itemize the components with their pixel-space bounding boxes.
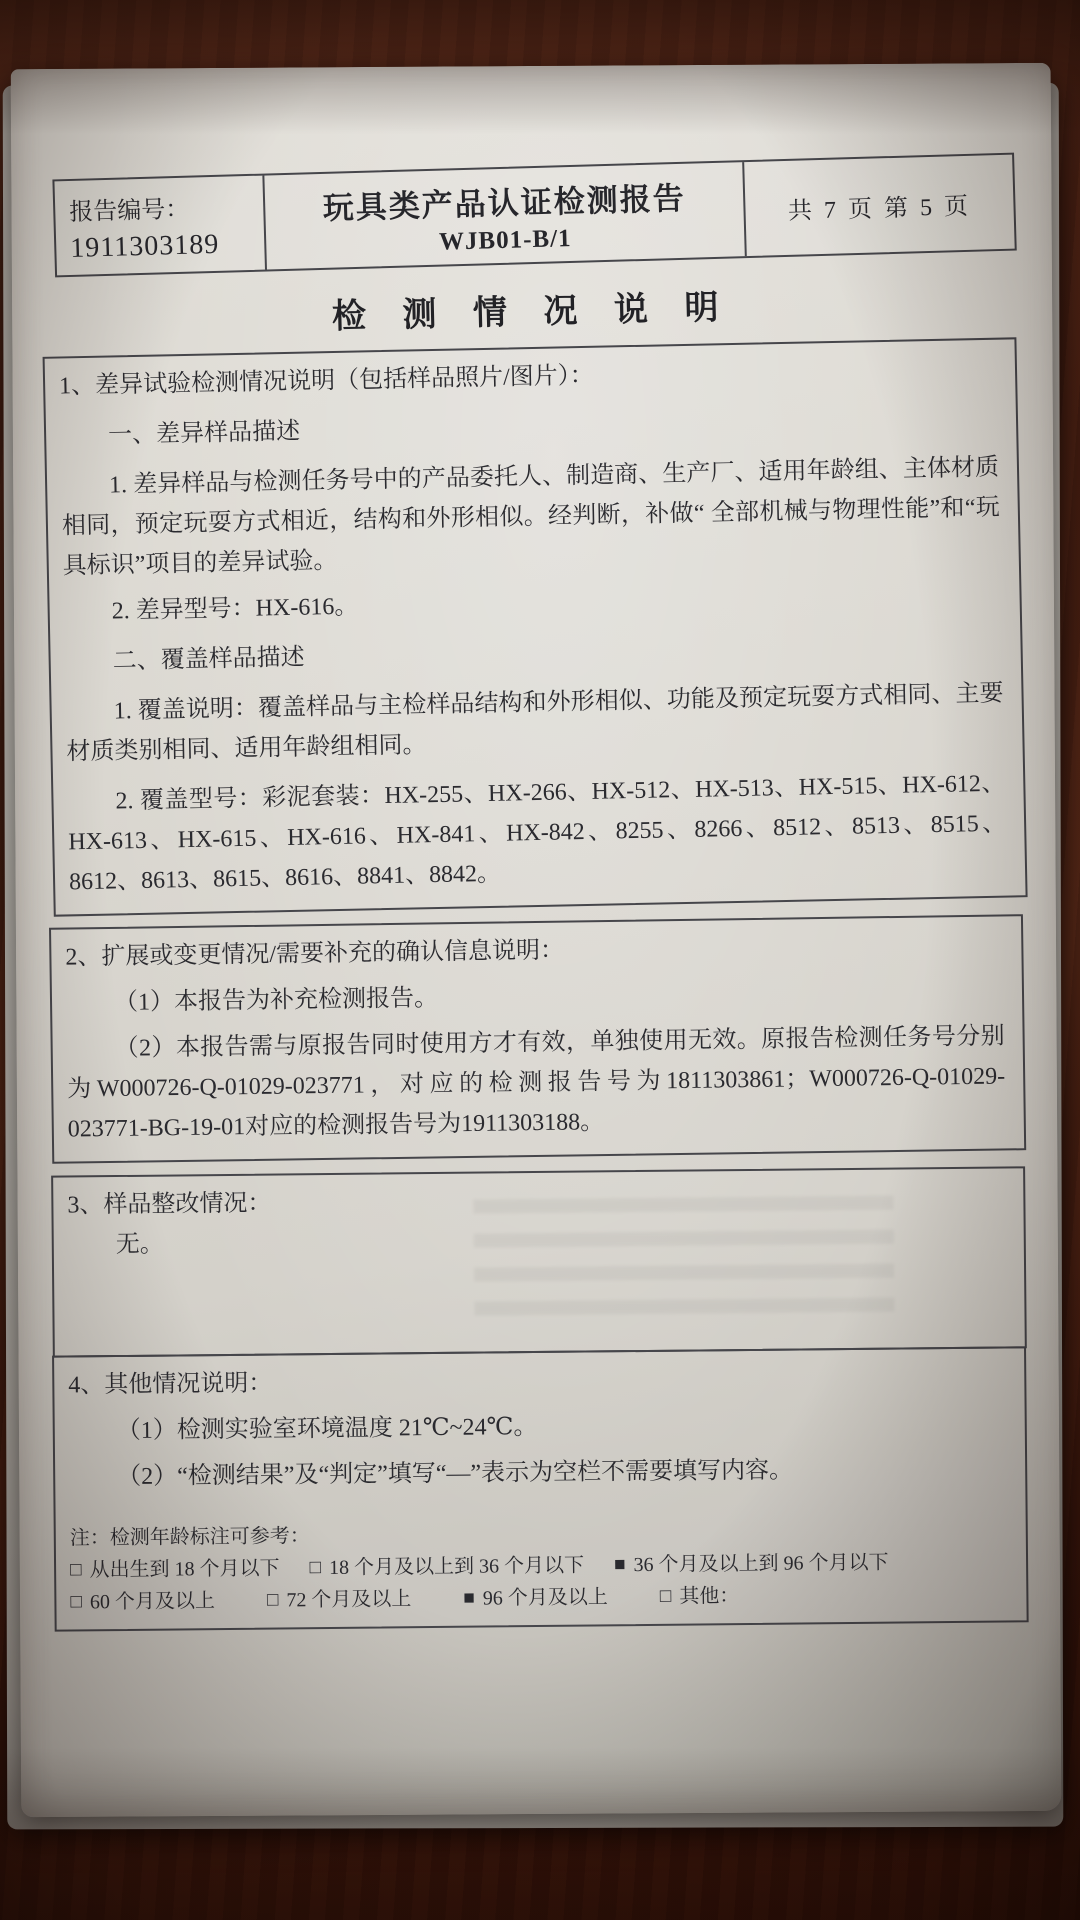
- age-option: □60 个月及以上: [70, 1586, 215, 1617]
- section1-sub2-item2: 2. 覆盖型号：彩泥套装：HX-255、HX-266、HX-512、HX-513…: [67, 764, 1007, 903]
- checkbox-unchecked-icon: □: [267, 1586, 279, 1616]
- section1-sub2-item1: 1. 覆盖说明：覆盖样品与主检样品结构和外形相似、功能及预定玩耍方式相同、主要材…: [65, 674, 1004, 773]
- age-option-label: 其他：: [679, 1581, 739, 1612]
- section1-heading: 1、差异试验检测情况说明（包括样品照片/图片）：: [59, 348, 998, 407]
- section3-box: 3、样品整改情况： 无。: [51, 1166, 1027, 1357]
- section1-sub2-title: 二、覆盖样品描述: [64, 624, 1003, 683]
- checkbox-unchecked-icon: □: [70, 1587, 82, 1617]
- report-header-table: 报告编号： 1911303189 玩具类产品认证检测报告 WJB01-B/1 共…: [52, 153, 1016, 278]
- report-number-label: 报告编号：: [69, 186, 258, 226]
- report-title-cell: 玩具类产品认证检测报告 WJB01-B/1: [264, 162, 746, 269]
- section1-sub1-item1: 1. 差异样品与检测任务号中的产品委托人、制造商、生产厂、适用年龄组、主体材质相…: [61, 448, 1001, 587]
- checkbox-unchecked-icon: □: [309, 1553, 321, 1583]
- age-option: □72 个月及以上: [267, 1584, 412, 1615]
- age-option: □18 个月及以上到 36 个月以下: [309, 1551, 584, 1584]
- report-number-cell: 报告编号： 1911303189: [54, 176, 267, 276]
- age-note-row2: □60 个月及以上 □72 个月及以上 ■96 个月及以上 □其他：: [70, 1578, 1008, 1617]
- desk-photo-background: 报告编号： 1911303189 玩具类产品认证检测报告 WJB01-B/1 共…: [0, 0, 1080, 1920]
- page-info-cell: 共 7 页 第 5 页: [744, 155, 1015, 256]
- section4-item2: （2）“检测结果”及“判定”填写“—”表示为空栏不需要填写内容。: [69, 1449, 1007, 1498]
- age-option-label: 18 个月及以上到 36 个月以下: [329, 1551, 584, 1583]
- report-page-content: 报告编号： 1911303189 玩具类产品认证检测报告 WJB01-B/1 共…: [11, 63, 1062, 1817]
- age-option: ■96 个月及以上: [463, 1582, 608, 1613]
- section2-box: 2、扩展或变更情况/需要补充的确认信息说明： （1）本报告为补充检测报告。 （2…: [49, 914, 1026, 1164]
- section1-box: 1、差异试验检测情况说明（包括样品照片/图片）： 一、差异样品描述 1. 差异样…: [43, 337, 1028, 916]
- page-info: 共 7 页 第 5 页: [787, 185, 971, 225]
- section4-heading: 4、其他情况说明：: [68, 1357, 1006, 1406]
- section1-sub1-title: 一、差异样品描述: [60, 398, 999, 457]
- report-paper-sheet: 报告编号： 1911303189 玩具类产品认证检测报告 WJB01-B/1 共…: [11, 63, 1062, 1817]
- section4-box: 4、其他情况说明： （1）检测实验室环境温度 21℃~24℃。 （2）“检测结果…: [52, 1346, 1029, 1631]
- section2-item2: （2）本报告需与原报告同时使用方才有效，单独使用无效。原报告检测任务号分别为W0…: [66, 1016, 1006, 1149]
- age-option-label: 60 个月及以上: [90, 1586, 215, 1617]
- section2-heading: 2、扩展或变更情况/需要补充的确认信息说明：: [65, 924, 1003, 977]
- report-number-value: 1911303189: [70, 227, 259, 264]
- section2-item1: （1）本报告为补充检测报告。: [66, 970, 1004, 1023]
- checkbox-checked-icon: ■: [614, 1550, 626, 1580]
- report-title: 玩具类产品认证检测报告: [322, 172, 686, 227]
- checkbox-unchecked-icon: □: [70, 1555, 82, 1585]
- checkbox-checked-icon: ■: [463, 1584, 475, 1614]
- age-option: □其他：: [660, 1581, 740, 1612]
- age-option-label: 72 个月及以上: [286, 1584, 411, 1615]
- report-form-code: WJB01-B/1: [439, 224, 572, 256]
- checkbox-unchecked-icon: □: [660, 1582, 672, 1612]
- age-option-label: 36 个月及以上到 96 个月以下: [633, 1548, 888, 1580]
- age-option-label: 96 个月及以上: [483, 1582, 608, 1613]
- age-option: ■36 个月及以上到 96 个月以下: [614, 1548, 889, 1581]
- age-reference-note: 注：检测年龄标注可参考： □从出生到 18 个月以下 □18 个月及以上到 36…: [70, 1514, 1009, 1617]
- doc-section-title: 检 测 情 况 说 明: [42, 272, 1023, 344]
- age-option-label: 从出生到 18 个月以下: [89, 1553, 279, 1585]
- section4-item1: （1）检测实验室环境温度 21℃~24℃。: [69, 1403, 1007, 1452]
- age-option: □从出生到 18 个月以下: [70, 1553, 280, 1585]
